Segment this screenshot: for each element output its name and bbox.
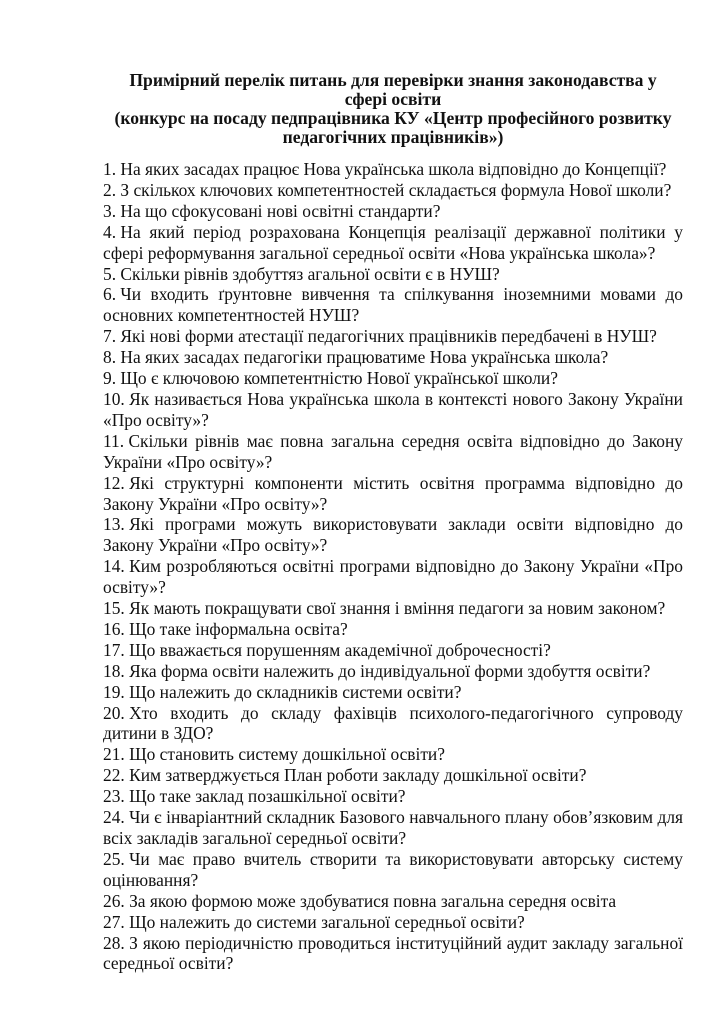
question-number: 3.	[103, 201, 116, 221]
question-item: 3.На що сфокусовані нові освітні стандар…	[103, 201, 683, 222]
question-item: 11.Скільки рівнів має повна загальна сер…	[103, 431, 683, 473]
question-text: Що таке інформальна освіта?	[129, 619, 348, 639]
question-item: 10.Як називається Нова українська школа …	[103, 389, 683, 431]
question-item: 25.Чи має право вчитель створити та вико…	[103, 849, 683, 891]
question-number: 13.	[103, 514, 125, 534]
question-number: 5.	[103, 264, 116, 284]
question-item: 23.Що таке заклад позашкільної освіти?	[103, 786, 683, 807]
question-item: 1.На яких засадах працює Нова українська…	[103, 159, 683, 180]
question-item: 12.Які структурні компоненти містить осв…	[103, 473, 683, 515]
question-item: 15.Як мають покращувати свої знання і вм…	[103, 598, 683, 619]
question-number: 2.	[103, 180, 116, 200]
question-text: На що сфокусовані нові освітні стандарти…	[120, 201, 440, 221]
question-list: 1.На яких засадах працює Нова українська…	[103, 159, 683, 974]
question-item: 2.З скількох ключових компетентностей ск…	[103, 180, 683, 201]
question-number: 16.	[103, 619, 125, 639]
question-item: 8.На яких засадах педагогіки працюватиме…	[103, 347, 683, 368]
question-text: На яких засадах працює Нова українська ш…	[120, 159, 666, 179]
question-text: На який період розрахована Концепція реа…	[103, 222, 683, 263]
document-title: Примірний перелік питань для перевірки з…	[103, 71, 683, 147]
question-text: Як називається Нова українська школа в к…	[103, 389, 683, 430]
question-number: 15.	[103, 598, 125, 618]
question-text: Чи входить ґрунтовне вивчення та спілкув…	[103, 284, 683, 325]
question-number: 6.	[103, 284, 116, 304]
document-page: Примірний перелік питань для перевірки з…	[103, 71, 683, 974]
question-item: 20.Хто входить до складу фахівців психол…	[103, 703, 683, 745]
question-item: 21.Що становить систему дошкільної освіт…	[103, 744, 683, 765]
question-text: Які структурні компоненти містить освітн…	[103, 473, 683, 514]
question-text: Які програми можуть використовувати закл…	[103, 514, 683, 555]
question-text: Ким розробляються освітні програми відпо…	[103, 556, 683, 597]
question-text: Чи є інваріантний складник Базового навч…	[103, 807, 683, 848]
question-text: Як мають покращувати свої знання і вмінн…	[129, 598, 665, 618]
question-item: 16.Що таке інформальна освіта?	[103, 619, 683, 640]
question-number: 11.	[103, 431, 124, 451]
question-text: Що таке заклад позашкільної освіти?	[129, 786, 405, 806]
question-text: Що належить до складників системи освіти…	[129, 682, 461, 702]
title-line-main: Примірний перелік питань для перевірки з…	[107, 71, 679, 109]
question-number: 28.	[103, 933, 125, 953]
question-text: Скільки рівнів має повна загальна середн…	[103, 431, 683, 472]
question-number: 20.	[103, 703, 125, 723]
question-item: 9.Що є ключовою компетентністю Нової укр…	[103, 368, 683, 389]
question-number: 1.	[103, 159, 116, 179]
question-text: Що становить систему дошкільної освіти?	[129, 744, 445, 764]
question-item: 5.Скільки рівнів здобуттяз агальної осві…	[103, 264, 683, 285]
question-text: На яких засадах педагогіки працюватиме Н…	[120, 347, 608, 367]
question-item: 24.Чи є інваріантний складник Базового н…	[103, 807, 683, 849]
question-number: 23.	[103, 786, 125, 806]
question-number: 9.	[103, 368, 116, 388]
question-text: Чи має право вчитель створити та викорис…	[103, 849, 683, 890]
question-number: 26.	[103, 891, 125, 911]
question-number: 19.	[103, 682, 125, 702]
question-number: 14.	[103, 556, 125, 576]
question-item: 7.Які нові форми атестації педагогічних …	[103, 326, 683, 347]
question-number: 17.	[103, 640, 125, 660]
question-text: Що належить до системи загальної середнь…	[129, 912, 525, 932]
question-number: 4.	[103, 222, 116, 242]
question-number: 21.	[103, 744, 125, 764]
question-number: 7.	[103, 326, 116, 346]
question-text: Що вважається порушенням академічної доб…	[129, 640, 551, 660]
question-item: 14.Ким розробляються освітні програми ві…	[103, 556, 683, 598]
question-text: З якою періодичністю проводиться інститу…	[103, 933, 683, 974]
question-number: 25.	[103, 849, 125, 869]
question-text: Скільки рівнів здобуттяз агальної освіти…	[120, 264, 499, 284]
question-item: 22.Ким затверджується План роботи заклад…	[103, 765, 683, 786]
question-text: Ким затверджується План роботи закладу д…	[129, 765, 586, 785]
question-number: 18.	[103, 661, 125, 681]
question-item: 4.На який період розрахована Концепція р…	[103, 222, 683, 264]
question-item: 26.За якою формою може здобуватися повна…	[103, 891, 683, 912]
question-number: 12.	[103, 473, 125, 493]
title-line-subtitle: (конкурс на посаду педпрацівника КУ «Цен…	[107, 109, 679, 147]
question-number: 27.	[103, 912, 125, 932]
question-number: 24.	[103, 807, 125, 827]
question-item: 27.Що належить до системи загальної сере…	[103, 912, 683, 933]
question-text: Хто входить до складу фахівців психолого…	[103, 703, 683, 744]
question-number: 8.	[103, 347, 116, 367]
question-item: 6.Чи входить ґрунтовне вивчення та спілк…	[103, 284, 683, 326]
question-number: 10.	[103, 389, 125, 409]
question-text: Яка форма освіти належить до індивідуаль…	[129, 661, 650, 681]
question-text: За якою формою може здобуватися повна за…	[129, 891, 616, 911]
question-number: 22.	[103, 765, 125, 785]
question-item: 18.Яка форма освіти належить до індивіду…	[103, 661, 683, 682]
question-item: 28.З якою періодичністю проводиться інст…	[103, 933, 683, 975]
question-item: 17.Що вважається порушенням академічної …	[103, 640, 683, 661]
question-text: Що є ключовою компетентністю Нової украї…	[120, 368, 558, 388]
question-text: Які нові форми атестації педагогічних пр…	[120, 326, 657, 346]
question-item: 13.Які програми можуть використовувати з…	[103, 514, 683, 556]
question-item: 19.Що належить до складників системи осв…	[103, 682, 683, 703]
question-text: З скількох ключових компетентностей скла…	[120, 180, 671, 200]
